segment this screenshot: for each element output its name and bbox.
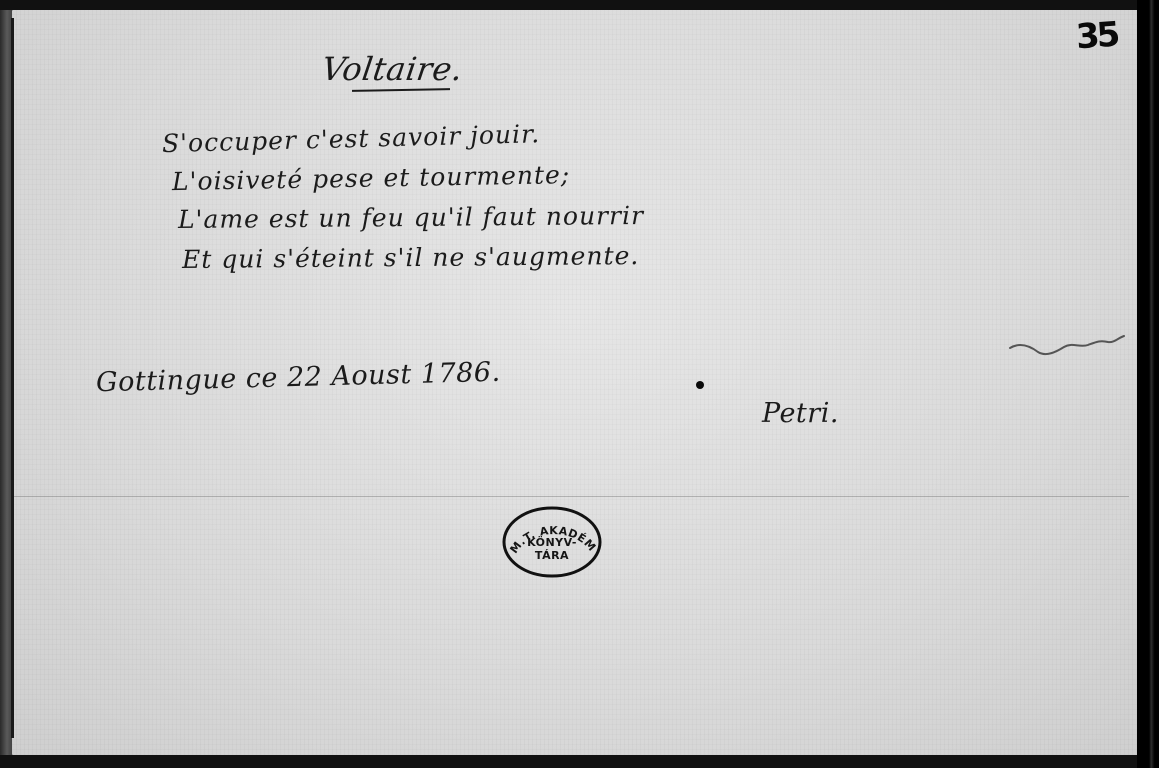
verse-line-4: Et qui s'éteint s'il ne s'augmente. — [182, 236, 648, 280]
stamp-line-tara: TÁRA — [535, 549, 569, 562]
paper-fold-line — [14, 496, 1129, 497]
verse-line-2: L'oisiveté pese et tourmente; — [172, 154, 639, 202]
stamp-text: KÖNYV- TÁRA — [501, 505, 603, 579]
verse-block: S'occuper c'est savoir jouir. L'oisiveté… — [162, 118, 628, 278]
flourish-squiggle-icon — [1008, 330, 1128, 360]
signature: Petri. — [762, 398, 839, 429]
manuscript-scan: 35 Voltaire. S'occuper c'est savoir joui… — [0, 0, 1159, 768]
verse-line-3: L'ame est un feu qu'il faut nourrir — [178, 196, 644, 240]
right-page-edge — [1137, 0, 1159, 768]
binding-edge — [11, 18, 14, 738]
library-stamp: M.T. AKADÉMIA KÖNYV- TÁRA — [501, 505, 603, 579]
folio-number: 35 — [1075, 15, 1119, 58]
entry-title: Voltaire. — [319, 50, 465, 88]
ink-blot — [696, 381, 704, 389]
stamp-line-konyv: KÖNYV- — [527, 536, 577, 549]
